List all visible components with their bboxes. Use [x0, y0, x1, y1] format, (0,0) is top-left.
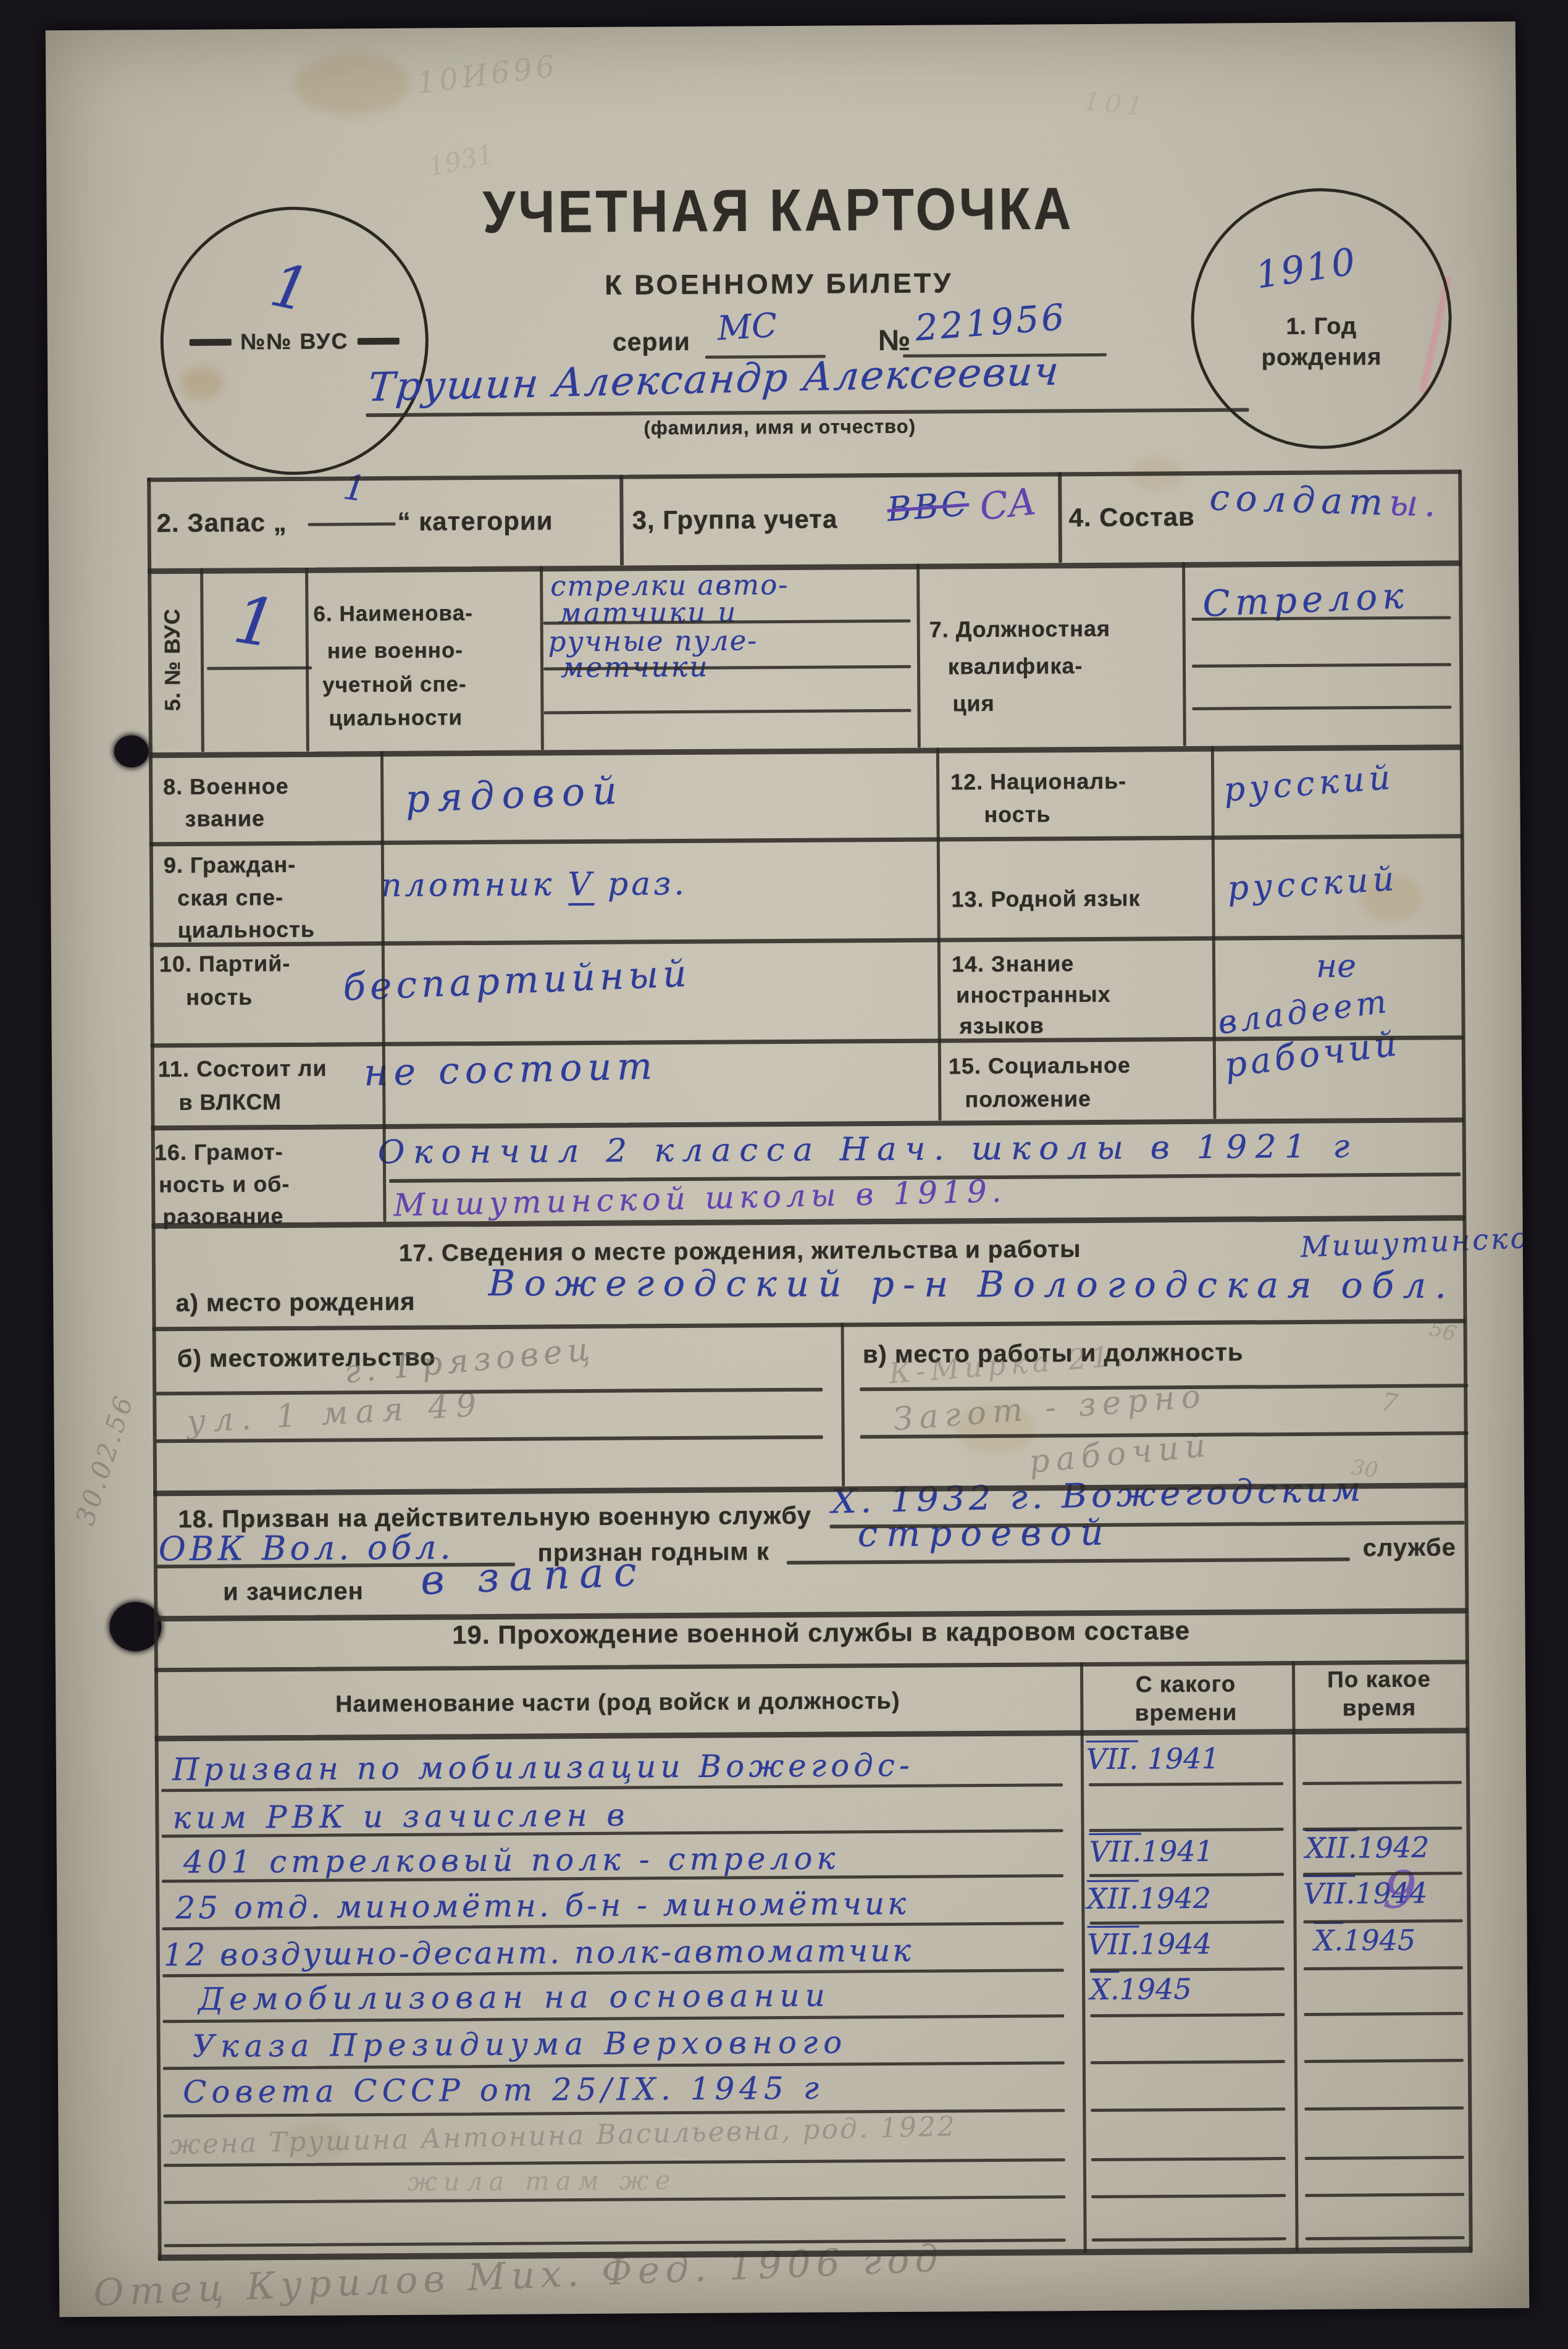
service-row-name: Демобилизован на основании [198, 1978, 831, 2017]
section17b-value1: г. Грязовец [343, 1330, 596, 1391]
rule [1089, 1782, 1283, 1786]
rule [305, 568, 309, 752]
service-row-name: 12 воздушно-десант. полк-автоматчик [164, 1933, 914, 1973]
field14-value-line1: не [1316, 948, 1356, 985]
rule [1302, 1781, 1462, 1785]
rule [1092, 2237, 1286, 2242]
rule [1091, 2157, 1286, 2161]
field8-label-line1: 8. Военное [163, 773, 289, 800]
service-row-from: VII.1941 [1089, 1834, 1214, 1868]
field5-value-handwritten: 1 [229, 581, 282, 663]
field16-label-line1: 16. Грамот- [154, 1139, 283, 1166]
section17-header-handwritten: Мишутинское [1300, 1220, 1529, 1263]
service-row-name: 401 стрелковый полк - стрелок [183, 1841, 840, 1880]
rule [149, 834, 1463, 846]
rule [787, 1557, 1350, 1565]
section19-title: 19. Прохождение военной службы в кадрово… [321, 1615, 1321, 1651]
date-year: 1945 [1119, 1972, 1191, 2006]
date-year: 1941 [1141, 1834, 1214, 1868]
margin-date-rotated: 30.02.56 [70, 1390, 140, 1529]
margin-note-7: 7 [1380, 1387, 1400, 1418]
rule [164, 2195, 1065, 2204]
rule [308, 523, 396, 526]
rule [1304, 2106, 1464, 2111]
date-year: 1944 [1139, 1927, 1212, 1961]
rule [1305, 2156, 1464, 2160]
vus-stamp-circle: 1 №№ ВУС [159, 206, 429, 476]
date-roman: XII. [1306, 1831, 1357, 1865]
rule [1089, 1828, 1284, 1832]
birth-year-handwritten: 1910 [1253, 240, 1360, 297]
field3-corrected-value: СА [978, 480, 1039, 529]
rule [153, 1319, 1466, 1331]
scanned-military-card: 10И696 1931 101 1 №№ ВУС 1910 1. Год рож… [0, 0, 1568, 2349]
rule [543, 709, 911, 715]
date-year: 1941 [1138, 1742, 1220, 1776]
date-year: 1945 [1343, 1923, 1415, 1957]
field14-label-line2: иностранных [956, 981, 1111, 1009]
field2-label-pre: 2. Запас „ [156, 508, 287, 538]
rule [207, 666, 312, 670]
field9-label-line1: 9. Граждан- [164, 852, 296, 878]
date-roman: X. [1090, 1973, 1120, 2006]
field9-label-line3: циальность [177, 917, 315, 943]
vus-label: №№ ВУС [240, 328, 349, 355]
service-row-name: Указа Президиума Верховного [192, 2024, 847, 2064]
field5-label-vertical: 5. № ВУС [160, 567, 186, 752]
rule [1304, 2059, 1464, 2063]
field10-label-line2: ность [186, 984, 253, 1011]
rule [200, 568, 204, 752]
field7-label-line2: квалифика- [948, 653, 1083, 679]
field6-label-line4: циальности [329, 705, 463, 731]
field4-value-handwritten: солдаты. [1209, 476, 1443, 525]
field9-value: плотник V раз. [381, 865, 687, 904]
card-title: УЧЕТНАЯ КАРТОЧКА [448, 175, 1109, 247]
field9-value-pre: плотник [381, 866, 568, 904]
field4-value-purple: ы. [1388, 482, 1443, 525]
section18-hw4: в запас [420, 1547, 647, 1604]
rule [1211, 746, 1217, 1119]
rule [149, 744, 1462, 758]
field2-label-post: “ категории [397, 506, 553, 537]
rule [1091, 2194, 1286, 2198]
rule [1090, 2013, 1285, 2017]
birth-year-label-2: рождения [1194, 343, 1449, 372]
service-row-pencil: жила там же [408, 2165, 677, 2197]
rule [1305, 2193, 1464, 2197]
rule [148, 560, 1461, 574]
service-row-name: Совета СССР от 25/IX. 1945 г [183, 2070, 824, 2110]
series-value-handwritten: МС [716, 306, 778, 348]
service-row-name: 25 отд. миномётн. б-н - миномётчик [175, 1886, 909, 1926]
rule [619, 475, 624, 566]
service-row-from: X.1945 [1090, 1972, 1192, 2006]
rule [1058, 472, 1062, 563]
field12-label-line2: ность [984, 801, 1050, 828]
rule [1304, 2012, 1463, 2016]
card-paper: 10И696 1931 101 1 №№ ВУС 1910 1. Год рож… [46, 22, 1530, 2317]
field9-roman-numeral: V [568, 866, 595, 906]
rule [1192, 663, 1451, 668]
date-year: 1942 [1139, 1881, 1211, 1915]
punch-hole [114, 735, 149, 767]
section18-enlist-label: и зачислен [223, 1578, 364, 1606]
series-label: серии [613, 327, 690, 357]
field7-label-line1: 7. Должностная [929, 616, 1111, 643]
field10-value: беспартийный [342, 952, 692, 1009]
field11-label-line1: 11. Состоит ли [158, 1056, 327, 1083]
field7-label-line3: ция [952, 691, 995, 716]
rule [1304, 1966, 1463, 1970]
paper-stain [293, 53, 411, 116]
top-pencil-note: 1931 [426, 138, 497, 182]
field4-value-blue: солдат [1209, 476, 1390, 523]
rule [1306, 2236, 1465, 2240]
rule [1089, 1873, 1284, 1877]
service-row-from: VII. 1941 [1086, 1742, 1220, 1776]
date-roman: VII. [1086, 1742, 1139, 1776]
field14-label-line1: 14. Знание [952, 951, 1075, 977]
rule [1091, 2060, 1285, 2064]
field9-value-post: раз. [594, 865, 687, 903]
field9-label-line2: ская спе- [177, 885, 283, 911]
section17a-value: Вожегодский р-н Вологодская обл. [488, 1262, 1456, 1306]
date-roman: VII. [1088, 1928, 1140, 1962]
section18-tail-label: службе [1363, 1534, 1456, 1562]
date-roman: VII. [1089, 1835, 1142, 1869]
col-from-header-2: времени [1084, 1699, 1288, 1726]
top-pencil-note: 101 [1082, 86, 1149, 122]
overwritten-digit: 9 [1381, 1859, 1419, 1921]
col-to-header-2: время [1296, 1694, 1462, 1721]
field6-label-line1: 6. Наименова- [313, 601, 472, 627]
field3-struck-value: ВВС [886, 484, 970, 529]
field12-value: русский [1222, 757, 1396, 809]
date-roman: VII. [1303, 1876, 1356, 1910]
service-row-name: ким РВК и зачислен в [172, 1797, 630, 1836]
rule [1091, 2107, 1285, 2112]
field6-label-line2: ние военно- [327, 638, 463, 663]
stamp-dash [357, 337, 399, 344]
section18-hw3: строевой [857, 1511, 1112, 1555]
service-row-name: Призван по мобилизации Вожегодс- [172, 1747, 914, 1788]
field4-label: 4. Состав [1068, 502, 1195, 532]
col-from-header-1: С какого [1084, 1671, 1288, 1698]
rule [147, 477, 162, 2261]
col-name-header: Наименование части (род войск и должност… [228, 1687, 1007, 1719]
field12-label-line1: 12. Националь- [950, 768, 1126, 796]
field3-label: 3, Группа учета [632, 504, 837, 535]
field8-label-line2: звание [185, 805, 265, 832]
date-roman: X. [1314, 1924, 1343, 1957]
vus-label-row: №№ ВУС [164, 328, 426, 356]
field16-value-line1: Окончил 2 класса Нач. школы в 1921 г [378, 1128, 1358, 1171]
field13-label: 13. Родной язык [951, 886, 1140, 913]
rule [903, 353, 1107, 358]
rule [936, 747, 942, 1120]
date-roman: XII. [1087, 1882, 1139, 1916]
rule [916, 564, 921, 748]
rule [152, 1215, 1465, 1229]
name-caption: (фамилия, имя и отчество) [443, 414, 1117, 441]
rule [1182, 562, 1186, 746]
field10-label-line1: 10. Партий- [159, 951, 291, 977]
service-row-from: VII.1944 [1088, 1927, 1212, 1961]
rule [841, 1322, 845, 1486]
rule [1303, 1826, 1462, 1831]
bottom-pencil-note: Отец Курилов Мих. Фед. 1906 год [93, 2237, 945, 2314]
field16-label-line2: ность и об- [159, 1171, 290, 1198]
field15-label-line2: положение [965, 1086, 1091, 1112]
vus-number-handwritten: 1 [265, 250, 316, 326]
rule [150, 935, 1464, 947]
field11-value: не состоит [363, 1044, 658, 1095]
field2-value-handwritten: 1 [341, 467, 368, 510]
rule [1192, 705, 1451, 710]
field6-label-line3: учетной спе- [322, 672, 467, 697]
field8-value: рядовой [405, 767, 625, 821]
section18-hw2: ОВК Вол. обл. [159, 1527, 455, 1568]
section17a-label: а) место рождения [175, 1288, 416, 1317]
field14-label-line3: языков [959, 1012, 1044, 1039]
field11-label-line2: в ВЛКСМ [178, 1089, 282, 1116]
service-row-to: XII.1942 [1306, 1831, 1430, 1865]
top-pencil-note: 10И696 [415, 48, 561, 101]
col-to-header-1: По какое [1296, 1666, 1462, 1693]
card-subtitle: К ВОЕННОМУ БИЛЕТУ [442, 266, 1115, 303]
rule [1303, 1872, 1462, 1876]
birth-year-label-1: 1. Год [1194, 313, 1449, 341]
field15-label-line1: 15. Социальное [949, 1053, 1131, 1080]
service-row-from: XII.1942 [1087, 1881, 1211, 1915]
rule [155, 1728, 1469, 1741]
service-row-to: X.1945 [1314, 1923, 1415, 1957]
rule [1090, 1967, 1285, 1972]
rule [1089, 1920, 1284, 1925]
rule [156, 1388, 823, 1396]
number-value-handwritten: 221956 [913, 296, 1068, 349]
stamp-dash [190, 338, 232, 345]
rule [1458, 469, 1473, 2253]
rule [1292, 1661, 1299, 2252]
service-row-pencil: жена Трушина Антонина Васильевна, род. 1… [169, 2111, 957, 2161]
rule [1303, 1919, 1462, 1923]
rule [540, 566, 544, 750]
